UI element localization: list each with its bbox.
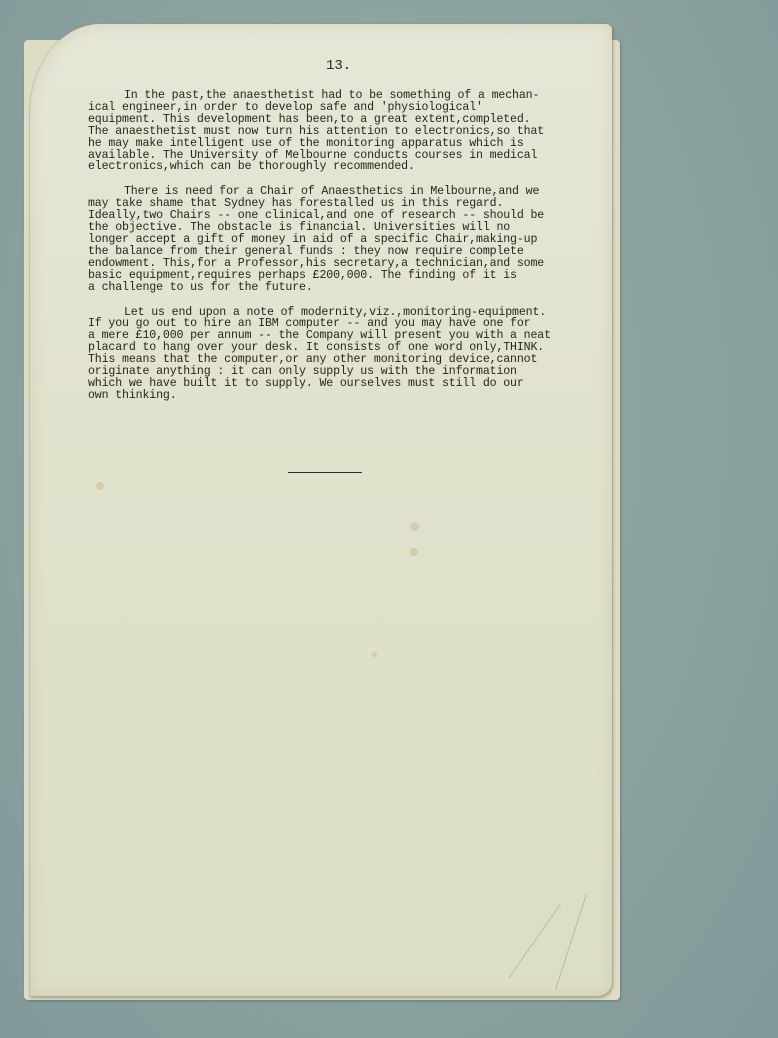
paper-stain bbox=[410, 548, 418, 556]
corner-fold-line bbox=[508, 904, 560, 978]
page-number: 13. bbox=[326, 58, 351, 74]
paper-stain bbox=[410, 522, 419, 531]
document-page: 13. In the past,the anaesthetist had to … bbox=[30, 24, 612, 996]
paper-stain bbox=[96, 482, 104, 490]
text-line: The anaesthetist must now turn his atten… bbox=[88, 126, 608, 138]
body-text: In the past,the anaesthetist had to be s… bbox=[88, 90, 608, 415]
paragraph-3: Let us end upon a note of modernity,viz.… bbox=[88, 307, 608, 402]
text-line: electronics,which can be thoroughly reco… bbox=[88, 161, 608, 173]
text-line: the balance from their general funds : t… bbox=[88, 246, 608, 258]
corner-fold-line bbox=[555, 894, 587, 989]
text-line: equipment. This development has been,to … bbox=[88, 114, 608, 126]
text-line: a challenge to us for the future. bbox=[88, 282, 608, 294]
paper-stain bbox=[372, 652, 377, 657]
text-line: basic equipment,requires perhaps £200,00… bbox=[88, 270, 608, 282]
closing-divider bbox=[288, 472, 362, 473]
text-line: own thinking. bbox=[88, 390, 608, 402]
paragraph-2: There is need for a Chair of Anaesthetic… bbox=[88, 186, 608, 293]
text-line: endowment. This,for a Professor,his secr… bbox=[88, 258, 608, 270]
text-line: he may make intelligent use of the monit… bbox=[88, 138, 608, 150]
paragraph-1: In the past,the anaesthetist had to be s… bbox=[88, 90, 608, 173]
